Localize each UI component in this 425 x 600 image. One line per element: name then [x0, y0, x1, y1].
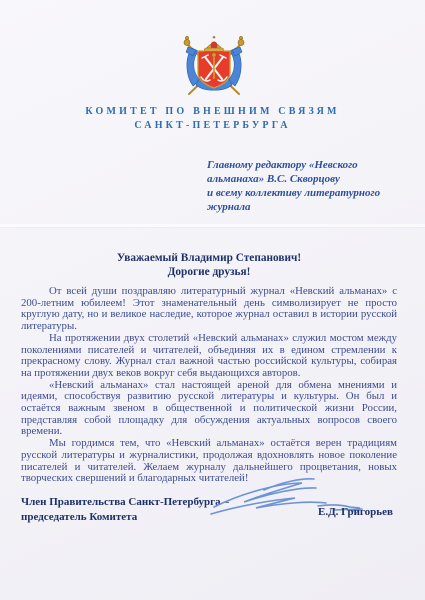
salutation-line1: Уважаемый Владимир Степанович!	[21, 251, 397, 265]
paragraph-1: От всей души поздравляю литературный жур…	[21, 286, 397, 333]
crown-icon	[205, 36, 224, 52]
org-name-line2: САНКТ-ПЕТЕРБУРГА	[0, 119, 425, 133]
addressee-line: журнала	[207, 200, 380, 214]
salutation: Уважаемый Владимир Степанович! Дорогие д…	[21, 251, 397, 279]
letter-body: От всей души поздравляю литературный жур…	[21, 286, 397, 485]
addressee-line: и всему коллективу литературного	[207, 186, 380, 200]
paper-fold-line	[0, 224, 425, 227]
addressee-line: альманаха» В.С. Скворцову	[207, 172, 380, 186]
letter-page: КОМИТЕТ ПО ВНЕШНИМ СВЯЗЯМ САНКТ-ПЕТЕРБУР…	[0, 0, 425, 600]
addressee-line: Главному редактору «Невского	[207, 158, 380, 172]
signature-title-line2: председатель Комитета	[21, 510, 229, 525]
org-name-line1: КОМИТЕТ ПО ВНЕШНИМ СВЯЗЯМ	[0, 105, 425, 119]
paragraph-3: «Невский альманах» стал настоящей ареной…	[21, 380, 397, 439]
org-name: КОМИТЕТ ПО ВНЕШНИМ СВЯЗЯМ САНКТ-ПЕТЕРБУР…	[0, 105, 425, 132]
paragraph-2: На протяжении двух столетий «Невский аль…	[21, 333, 397, 380]
signature-title: Член Правительства Санкт-Петербурга – пр…	[21, 495, 229, 525]
salutation-line2: Дорогие друзья!	[21, 265, 397, 279]
addressee-block: Главному редактору «Невского альманаха» …	[207, 158, 380, 214]
signature-title-line1: Член Правительства Санкт-Петербурга –	[21, 495, 229, 510]
spb-coat-of-arms-icon	[176, 35, 252, 101]
signer-name: Е.Д. Григорьев	[318, 506, 393, 518]
